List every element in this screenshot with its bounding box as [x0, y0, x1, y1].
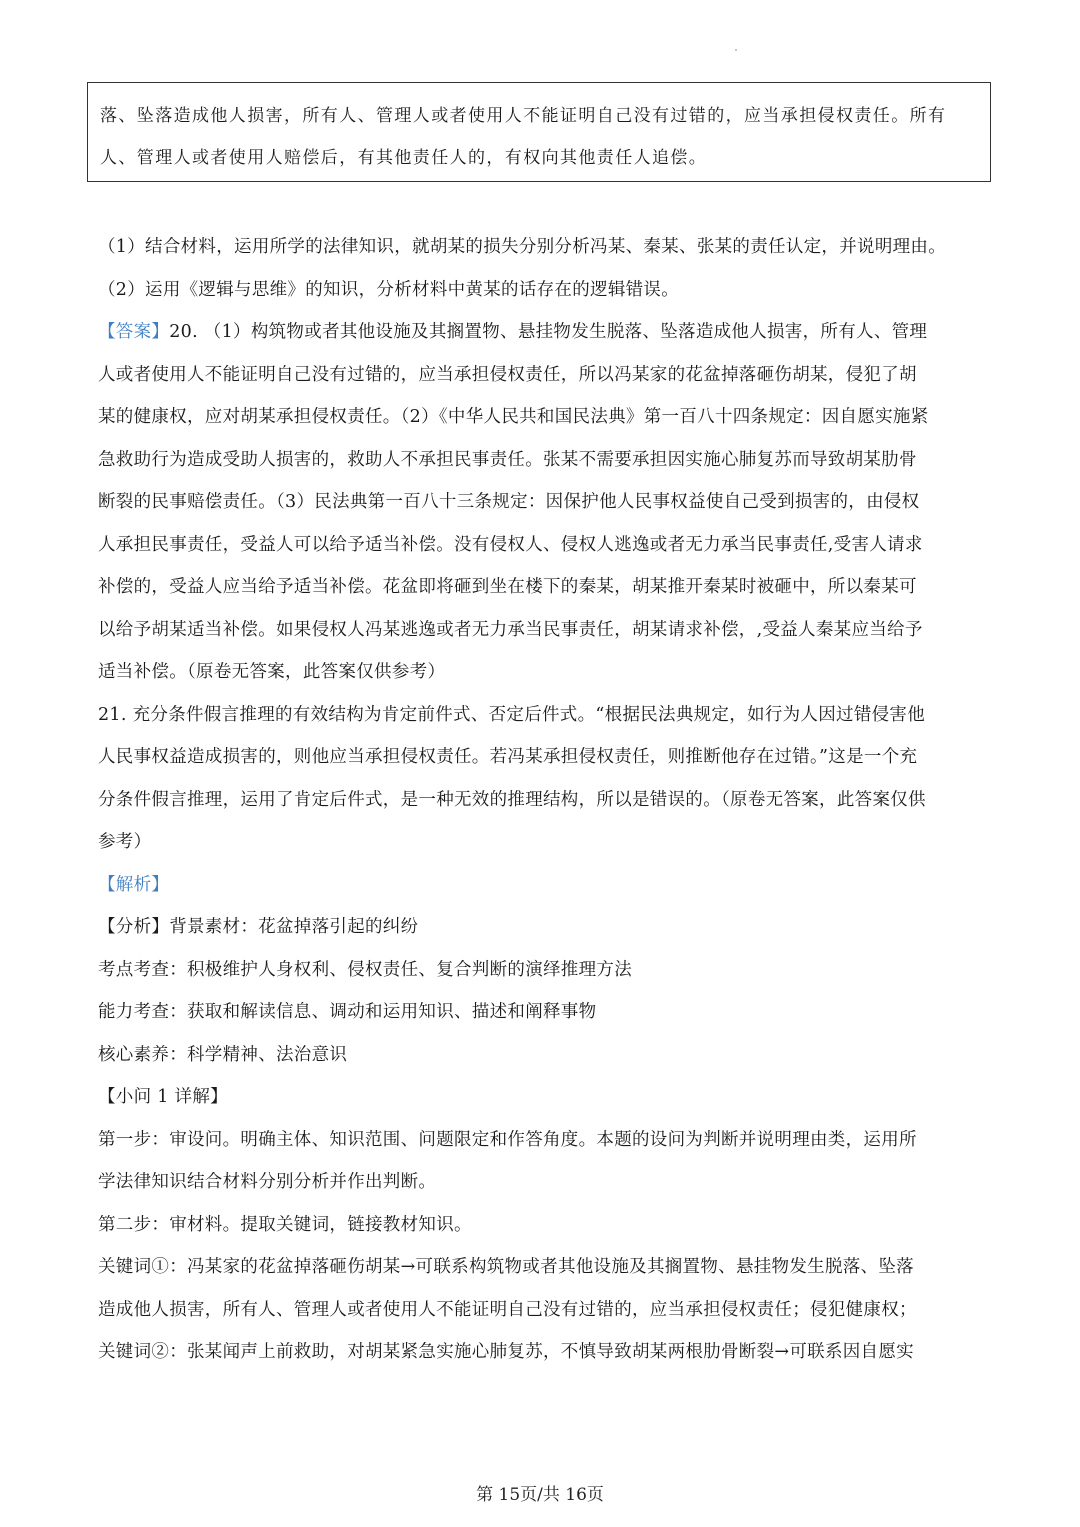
answer-label: 【答案】	[98, 322, 169, 342]
answer-line: 补偿的，受益人应当给予适当补偿。花盆即将砸到坐在楼下的秦某，胡某推开秦某时被砸中…	[98, 566, 988, 609]
answer-line: 参考）	[98, 821, 988, 864]
analysis-line: 第一步：审设问。明确主体、知识范围、问题限定和作答角度。本题的设问为判断并说明理…	[98, 1119, 988, 1162]
answer-line: 人或者使用人不能证明自己没有过错的，应当承担侵权责任，所以冯某家的花盆掉落砸伤胡…	[98, 354, 988, 397]
answer-text: 20. （1）构筑物或者其他设施及其搁置物、悬挂物发生脱落、坠落造成他人损害，所…	[169, 322, 927, 342]
analysis-line: 学法律知识结合材料分别分析并作出判断。	[98, 1161, 988, 1204]
analysis-line: 第二步：审材料。提取关键词，链接教材知识。	[98, 1204, 988, 1247]
analysis-line: 【分析】背景素材：花盆掉落引起的纠纷	[98, 906, 988, 949]
analysis-line: 关键词②：张某闻声上前救助，对胡某紧急实施心肺复苏，不慎导致胡某两根肋骨断裂→可…	[98, 1331, 988, 1374]
page-number-footer: 第 15页/共 16页	[0, 1480, 1080, 1505]
answer-heading-line: 【答案】20. （1）构筑物或者其他设施及其搁置物、悬挂物发生脱落、坠落造成他人…	[98, 311, 988, 354]
analysis-line: 能力考查：获取和解读信息、调动和运用知识、描述和阐释事物	[98, 991, 988, 1034]
analysis-line: 造成他人损害，所有人、管理人或者使用人不能证明自己没有过错的，应当承担侵权责任；…	[98, 1289, 988, 1332]
analysis-label: 【解析】	[98, 864, 988, 907]
answer-line: 急救助行为造成受助人损害的，救助人不承担民事责任。张某不需要承担因实施心肺复苏而…	[98, 439, 988, 482]
answer-line: 某的健康权，应对胡某承担侵权责任。（2）《中华人民共和国民法典》第一百八十四条规…	[98, 396, 988, 439]
answer-line: 断裂的民事赔偿责任。（3）民法典第一百八十三条规定：因保护他人民事权益使自己受到…	[98, 481, 988, 524]
analysis-subheading: 【小问 1 详解】	[98, 1076, 988, 1119]
document-body: （1）结合材料，运用所学的法律知识，就胡某的损失分别分析冯某、秦某、张某的责任认…	[98, 226, 988, 1374]
question-1: （1）结合材料，运用所学的法律知识，就胡某的损失分别分析冯某、秦某、张某的责任认…	[98, 226, 988, 269]
answer-line: 以给予胡某适当补偿。如果侵权人冯某逃逸或者无力承当民事责任，胡某请求补偿，,受益…	[98, 609, 988, 652]
analysis-line: 核心素养：科学精神、法治意识	[98, 1034, 988, 1077]
analysis-line: 考点考查：积极维护人身权利、侵权责任、复合判断的演绎推理方法	[98, 949, 988, 992]
legal-excerpt-box: 落、坠落造成他人损害，所有人、管理人或者使用人不能证明自己没有过错的，应当承担侵…	[87, 82, 991, 182]
answer-line: 人民事权益造成损害的，则他应当承担侵权责任。若冯某承担侵权责任，则推断他存在过错…	[98, 736, 988, 779]
question-2: （2）运用《逻辑与思维》的知识，分析材料中黄某的话存在的逻辑错误。	[98, 269, 988, 312]
excerpt-line: 落、坠落造成他人损害，所有人、管理人或者使用人不能证明自己没有过错的，应当承担侵…	[100, 95, 978, 137]
answer-line: 适当补偿。（原卷无答案，此答案仅供参考）	[98, 651, 988, 694]
analysis-line: 关键词①：冯某家的花盆掉落砸伤胡某→可联系构筑物或者其他设施及其搁置物、悬挂物发…	[98, 1246, 988, 1289]
answer-line: 21. 充分条件假言推理的有效结构为肯定前件式、否定后件式。“根据民法典规定，如…	[98, 694, 988, 737]
answer-line: 分条件假言推理，运用了肯定后件式，是一种无效的推理结构，所以是错误的。（原卷无答…	[98, 779, 988, 822]
scan-speck	[735, 49, 737, 51]
answer-line: 人承担民事责任，受益人可以给予适当补偿。没有侵权人、侵权人逃逸或者无力承当民事责…	[98, 524, 988, 567]
excerpt-line: 人、管理人或者使用人赔偿后，有其他责任人的，有权向其他责任人追偿。	[100, 137, 978, 179]
